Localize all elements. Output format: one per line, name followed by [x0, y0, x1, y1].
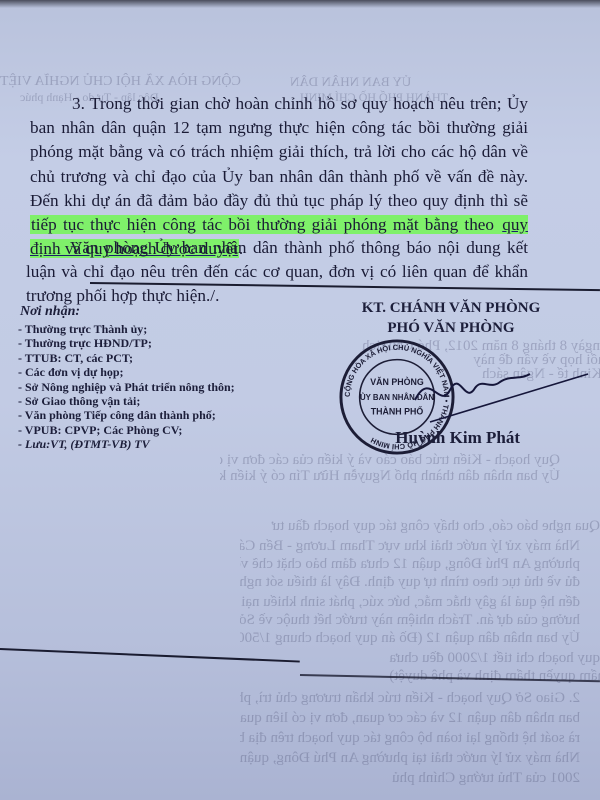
highlighted-text: tiếp tục thực hiện công tác bồi thường g…	[30, 215, 501, 234]
recipient-item: - Lưu:VT, (ĐTMT-VB) TV	[18, 437, 235, 451]
bleed-through-line: đủ về thủ tục theo trình tự quy định. Đâ…	[240, 574, 580, 591]
bleed-through-line: rà soát hệ thống lại toàn bộ công tác qu…	[240, 730, 580, 747]
bleed-through-line: như sau:	[430, 484, 600, 501]
signature-subtitle: PHÓ VĂN PHÒNG	[326, 320, 576, 337]
bleed-through-line: ban nhân dân quận 12 và các cơ quan, đơn…	[240, 710, 580, 727]
handwritten-signature-icon	[410, 360, 590, 430]
bleed-through-line: Qua nghe báo cáo, cho thấy công tác quy …	[260, 518, 600, 535]
bleed-through-line: phường An Phú Đông, quận 12 chưa đảm bảo…	[240, 556, 580, 573]
pen-line-bottom	[0, 648, 300, 663]
recipient-item: - TTUB: CT, các PCT;	[18, 351, 235, 365]
recipient-item: - Sở Giao thông vận tải;	[18, 394, 235, 408]
bleed-through-line: Nhà máy xử lý nước thải tại phường An Ph…	[240, 750, 580, 767]
bleed-through-line: Ủy ban nhân dân quận 12 (Đồ án quy hoạch…	[240, 630, 580, 647]
signer-name: Huỳnh Kim Phát	[320, 428, 520, 448]
closing-paragraph: Văn phòng Ủy ban nhân dân thành phố thôn…	[26, 236, 528, 309]
bleed-through-line: đến hệ quả là gây thắc mắc, bức xúc, phá…	[240, 594, 580, 611]
recipient-item: - Văn phòng Tiếp công dân thành phố;	[18, 408, 235, 422]
bleed-through-line: 2001 của Thủ tướng Chính phủ	[240, 770, 580, 787]
recipient-item: - Thường trực Thành ủy;	[18, 322, 235, 336]
bleed-through-line: hưởng của dự án. Trách nhiệm này trước h…	[240, 612, 580, 629]
signature-title: KT. CHÁNH VĂN PHÒNG	[326, 300, 576, 317]
bleed-through-line: Nhà máy xử lý nước thải khu vực Tham Lươ…	[240, 538, 580, 555]
ghost-header-left: CỘNG HÒA XÃ HỘI CHỦ NGHĨA VIỆT	[0, 74, 241, 90]
recipients-title: Nơi nhận:	[20, 304, 80, 320]
bleed-through-line: Ủy ban nhân dân thành phố Nguyễn Hữu Tín…	[220, 468, 560, 485]
recipient-item: - Thường trực HĐND/TP;	[18, 336, 235, 350]
bleed-through-line: 2. Giao Sở Quy hoạch - Kiến trúc khẩn tr…	[240, 690, 580, 707]
photo-edge-shadow	[0, 0, 600, 8]
paragraph-3-text: 3. Trong thời gian chờ hoàn chỉnh hồ sơ …	[30, 94, 528, 210]
recipient-item: - Các đơn vị dự họp;	[18, 365, 235, 379]
bleed-through-line: quy hoạch chi tiết 1/2000 đều chưa	[260, 650, 600, 667]
recipient-item: - Sở Nông nghiệp và Phát triển nông thôn…	[18, 380, 235, 394]
ghost-header-right: ỦY BAN NHÂN DÂN	[290, 74, 411, 90]
recipient-item: - VPUB: CPVP; Các Phòng CV;	[18, 423, 235, 437]
recipients-list: - Thường trực Thành ủy; - Thường trực HĐ…	[18, 322, 235, 452]
